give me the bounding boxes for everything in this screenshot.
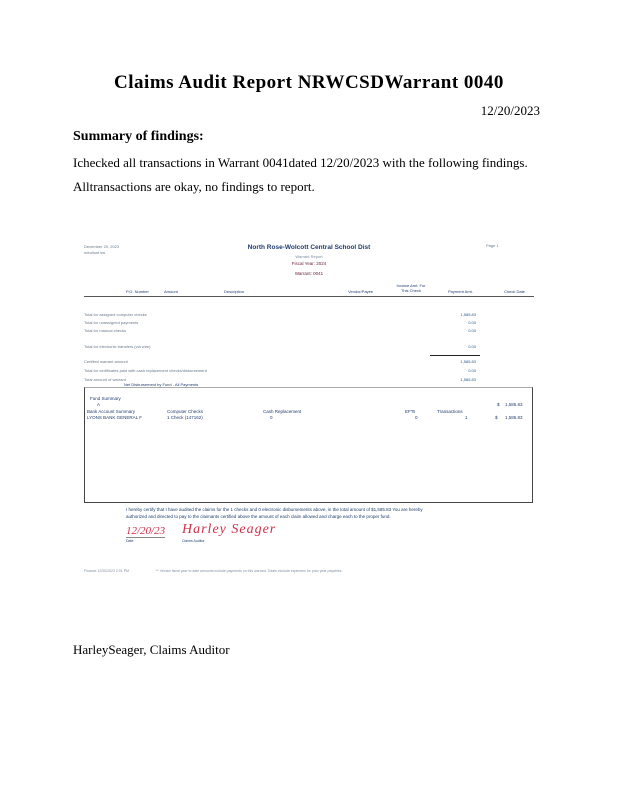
report-date: 12/20/2023 [481,103,540,119]
total-value: 1,585.83 [436,377,476,382]
hdr-efts: EFTs [405,409,415,414]
fund-total: 1,585.83 [505,402,523,407]
col-vendor: Vendor/Payee [348,289,373,294]
total-value: 0.00 [436,328,476,333]
bank-account: LYONS BANK GENERAL F [87,415,142,420]
auditor-signature: Harley Seager [182,522,276,538]
auditor-label: Claims Auditor [182,539,205,543]
efts: 0 [415,415,418,420]
fund-summary-box: Fund Summary A $ 1,585.83 Bank Account S… [84,387,533,503]
total-label: Certified warrant amount [84,359,128,364]
total-value: 0.00 [436,368,476,373]
warrant-report-scan: December 20, 2023 ndrollust sw Page 1 No… [84,240,534,580]
total-value: 0.00 [436,344,476,349]
signature-date: 12/20/23 [126,525,165,538]
col-amount: Amount [164,289,178,294]
col-invoice-amt: Invoice Amt. For This Check [394,283,428,293]
total-label: Total for assigned computer checks [84,312,147,317]
fund-summary-title: Fund Summary [90,396,121,401]
warrant-number: Warrant: 0041 [84,271,534,276]
report-footer-left: Finance 12/20/2023 2:01 PM [84,569,129,573]
col-payment-amt: Payment Amt. [448,289,473,294]
col-check-date: Check Date [504,289,525,294]
cash-replacement: 0 [270,415,273,420]
date-label: Date [126,539,133,543]
transactions: 1 [465,415,468,420]
organization-name: North Rose-Wolcott Central School Dist [84,244,534,251]
totals-divider [430,355,480,356]
col-po-number: P.O. Number [126,289,149,294]
auditor-signoff: HarleySeager, Claims Auditor [73,642,230,658]
row-currency: $ [495,415,498,420]
certification-text: I hereby certify that I have audited the… [126,506,426,520]
summary-line-1: Ichecked all transactions in Warrant 004… [73,155,528,171]
total-label: Total for electronic transfers (via wire… [84,344,150,349]
fund-currency: $ [497,402,500,407]
computer-checks: 1 Check (147162) [167,415,203,420]
total-value: 1,585.83 [436,312,476,317]
fund-code: A [97,402,100,407]
total-label: Total amount of warrant [84,377,126,382]
hdr-bank-account: Bank Account Summary [87,409,135,414]
col-description: Description [224,289,244,294]
report-title: Claims Audit Report NRWCSDWarrant 0040 [0,72,618,94]
hdr-computer-checks: Computer Checks [167,409,203,414]
header-divider [84,296,534,297]
report-footer-note: ** Vendor fiscal year to date amounts in… [156,569,343,573]
total-label: Total for unassigned payments [84,320,138,325]
hdr-cash-replacement: Cash Replacement [263,409,301,414]
row-amount: 1,585.83 [505,415,523,420]
summary-line-2: Alltransactions are okay, no findings to… [73,179,315,195]
summary-heading: Summary of findings: [73,129,204,145]
total-label: Total for manual checks [84,328,126,333]
report-subtitle: Warrant Report [84,254,534,259]
total-label: Total for certificates paid with cash re… [84,368,207,373]
fiscal-year: Fiscal Year: 2024 [84,261,534,266]
total-value: 0.00 [436,320,476,325]
total-value: 1,585.83 [436,359,476,364]
hdr-transactions: Transactions [437,409,463,414]
